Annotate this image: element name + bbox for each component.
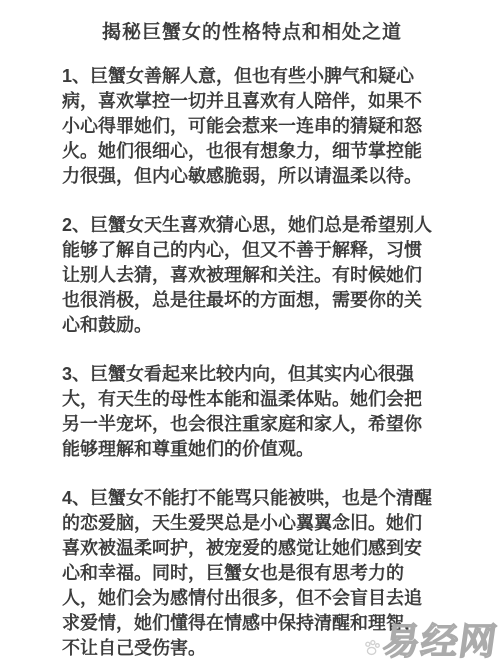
- paragraph-1: 1、巨蟹女善解人意，但也有些小脾气和疑心 病，喜欢掌控一切并且喜欢有人陪伴，如果…: [62, 64, 442, 189]
- page-title: 揭秘巨蟹女的性格特点和相处之道: [62, 21, 442, 45]
- paragraph-line: 心和鼓励。: [62, 313, 442, 338]
- article-page: 揭秘巨蟹女的性格特点和相处之道 1、巨蟹女善解人意，但也有些小脾气和疑心 病，喜…: [0, 0, 500, 667]
- paragraph-line: 喜欢被温柔呵护，被宠爱的感觉让她们感到安: [62, 536, 442, 561]
- paragraph-line: 大，有天生的母性本能和温柔体贴。她们会把: [62, 387, 442, 412]
- paragraph-line: 的恋爱脑，天生爱哭总是小心翼翼念旧。她们: [62, 511, 442, 536]
- paragraph-line: 能够理解和尊重她们的价值观。: [62, 437, 442, 462]
- paragraph-line: 人，她们会为感情付出很多，但不会盲目去追: [62, 586, 442, 611]
- paragraph-line: 不让自己受伤害。: [62, 636, 442, 661]
- paragraph-line: 力很强，但内心敏感脆弱，所以请温柔以待。: [62, 164, 442, 189]
- paragraph-line: 也很消极，总是往最坏的方面想，需要你的关: [62, 288, 442, 313]
- paragraph-3: 3、巨蟹女看起来比较内向，但其实内心很强 大，有天生的母性本能和温柔体贴。她们会…: [62, 362, 442, 462]
- paragraph-line: 火。她们很细心，也很有想象力，细节掌控能: [62, 139, 442, 164]
- paragraph-line: 1、巨蟹女善解人意，但也有些小脾气和疑心: [62, 64, 442, 89]
- paragraph-line: 小心得罪她们，可能会惹来一连串的猜疑和怒: [62, 114, 442, 139]
- paragraph-line: 病，喜欢掌控一切并且喜欢有人陪伴，如果不: [62, 89, 442, 114]
- paragraph-line: 让别人去猜，喜欢被理解和关注。有时候她们: [62, 263, 442, 288]
- paragraph-line: 2、巨蟹女天生喜欢猜心思，她们总是希望别人: [62, 213, 442, 238]
- paragraph-line: 另一半宠坏，也会很注重家庭和家人，希望你: [62, 412, 442, 437]
- paragraph-line: 能够了解自己的内心，但又不善于解释，习惯: [62, 238, 442, 263]
- paragraph-line: 3、巨蟹女看起来比较内向，但其实内心很强: [62, 362, 442, 387]
- paragraph-line: 4、巨蟹女不能打不能骂只能被哄，也是个清醒: [62, 486, 442, 511]
- paragraph-line: 心和幸福。同时，巨蟹女也是很有思考力的: [62, 561, 442, 586]
- paragraph-4: 4、巨蟹女不能打不能骂只能被哄，也是个清醒 的恋爱脑，天生爱哭总是小心翼翼念旧。…: [62, 486, 442, 661]
- paragraph-line: 求爱情，她们懂得在情感中保持清醒和理智，: [62, 611, 442, 636]
- paragraph-2: 2、巨蟹女天生喜欢猜心思，她们总是希望别人 能够了解自己的内心，但又不善于解释，…: [62, 213, 442, 338]
